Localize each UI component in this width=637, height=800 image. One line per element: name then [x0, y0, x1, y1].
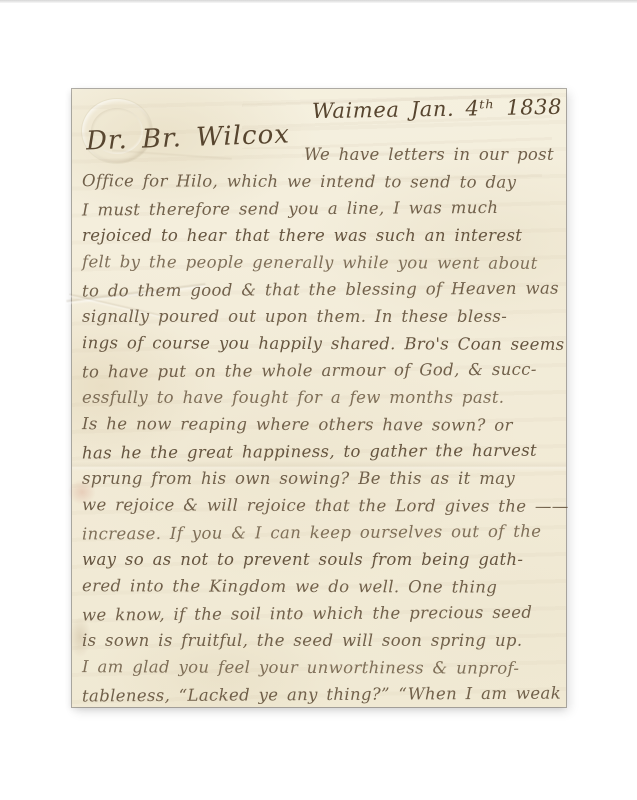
letter-body-line: increase. If you & I can keep ourselves … — [82, 518, 558, 548]
letter-body-line: Is he now reaping where others have sown… — [82, 410, 558, 439]
letter-body-line: We have letters in our post — [82, 141, 558, 168]
letter-body-line: is sown is fruitful, the seed will soon … — [82, 627, 558, 654]
letter-body: We have letters in our postOffice for Hi… — [82, 141, 558, 708]
letter-body-line: has he the great happiness, to gather th… — [82, 437, 558, 467]
letter-body-line: ings of course you happily shared. Bro's… — [82, 329, 558, 358]
letter-body-line: signally poured out upon them. In these … — [82, 303, 558, 330]
letter-scan: Waimea Jan. 4ᵗʰ 1838 Dr. Br. Wilcox We h… — [0, 0, 637, 800]
letter-paper: Waimea Jan. 4ᵗʰ 1838 Dr. Br. Wilcox We h… — [72, 89, 566, 707]
letter-body-line: rejoiced to hear that there was such an … — [82, 222, 558, 249]
letter-place-date: Waimea Jan. 4ᵗʰ 1838 — [312, 95, 562, 123]
letter-body-line: I must therefore send you a line, I was … — [82, 194, 558, 224]
letter-body-line: tableness, “Lacked ye any thing?” “When … — [82, 680, 558, 710]
letter-body-line: I am glad you feel your unworthiness & u… — [82, 653, 558, 682]
letter-body-line: to do them good & that the blessing of H… — [82, 275, 558, 305]
letter-body-line: to have put on the whole armour of God, … — [82, 356, 558, 386]
letter-body-line: Office for Hilo, which we intend to send… — [82, 167, 558, 196]
scan-edge-artifact — [0, 0, 637, 3]
letter-body-line: sprung from his own sowing? Be this as i… — [82, 465, 558, 492]
letter-body-line: we know, if the soil into which the prec… — [82, 599, 558, 629]
letter-body-line: essfully to have fought for a few months… — [82, 384, 558, 411]
letter-body-line: felt by the people generally while you w… — [82, 248, 558, 277]
letter-body-line: ered into the Kingdom we do well. One th… — [82, 572, 558, 601]
letter-body-line: we rejoice & will rejoice that the Lord … — [82, 491, 558, 520]
letter-body-line: way so as not to prevent souls from bein… — [82, 546, 558, 573]
